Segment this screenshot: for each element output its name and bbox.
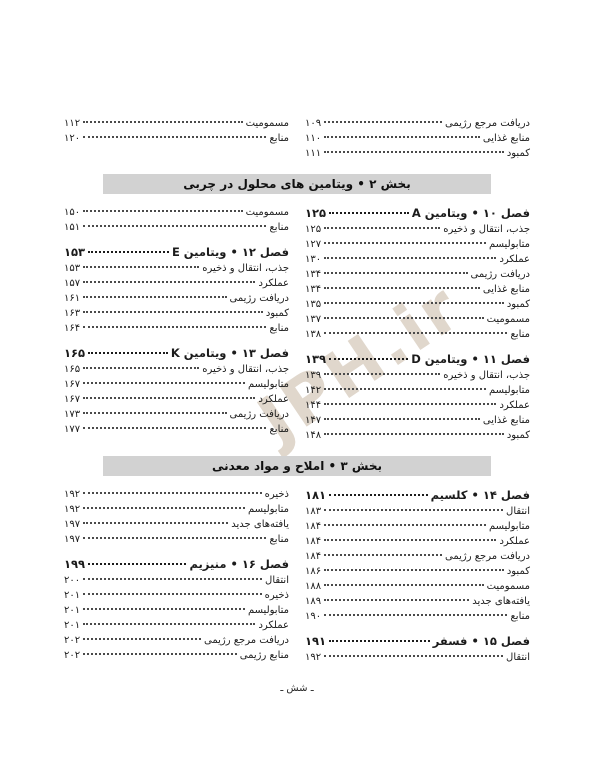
toc-entry: عملکرد۱۴۴ bbox=[305, 398, 530, 413]
toc-entry: مسمومیت۱۱۲ bbox=[64, 116, 289, 131]
entry-page-number: ۱۲۵ bbox=[305, 222, 321, 237]
entry-page-number: ۱۸۹ bbox=[305, 594, 321, 609]
toc-entry: منابع غذایی۱۴۷ bbox=[305, 413, 530, 428]
entry-page-number: ۱۳۹ bbox=[305, 351, 326, 368]
dot-leader bbox=[324, 433, 504, 435]
chapter-entry: فصل ۱۲ • ویتامین E۱۵۳ bbox=[64, 244, 289, 261]
dot-leader bbox=[83, 593, 261, 595]
entry-label: متابولیسم bbox=[248, 377, 289, 392]
dot-leader bbox=[83, 296, 226, 298]
entry-label: مسمومیت bbox=[246, 116, 289, 131]
entry-label: منابع bbox=[269, 532, 289, 547]
toc-entry: کمبود۱۸۶ bbox=[305, 564, 530, 579]
dot-leader bbox=[324, 287, 480, 289]
entry-page-number: ۱۷۳ bbox=[64, 407, 80, 422]
toc-entry: جذب، انتقال و ذخیره۱۶۵ bbox=[64, 362, 289, 377]
dot-leader bbox=[83, 225, 266, 227]
toc-entry: متابولیسم۱۶۷ bbox=[64, 377, 289, 392]
entry-page-number: ۱۲۵ bbox=[305, 205, 326, 222]
toc-entry: دریافت مرجع رژیمی۱۰۹ bbox=[305, 116, 530, 131]
dot-leader bbox=[324, 151, 504, 153]
entry-page-number: ۱۳۷ bbox=[305, 312, 321, 327]
entry-label: فصل ۱۵ • فسفر bbox=[433, 633, 530, 650]
entry-label: دریافت مرجع رژیمی bbox=[204, 633, 289, 648]
chapter-entry: فصل ۱۵ • فسفر۱۹۱ bbox=[305, 633, 530, 650]
entry-page-number: ۱۶۵ bbox=[64, 345, 85, 362]
dot-leader bbox=[324, 242, 486, 244]
entry-label: مسمومیت bbox=[487, 579, 530, 594]
toc-entry: دریافت مرجع رژیمی۱۸۴ bbox=[305, 549, 530, 564]
toc-entry: کمبود۱۶۳ bbox=[64, 306, 289, 321]
entry-label: متابولیسم bbox=[489, 237, 530, 252]
entry-page-number: ۱۶۴ bbox=[64, 321, 80, 336]
dot-leader bbox=[324, 373, 440, 375]
dot-leader bbox=[83, 311, 263, 313]
entry-label: کمبود bbox=[507, 428, 530, 443]
entry-page-number: ۱۴۸ bbox=[305, 428, 321, 443]
toc-entry: متابولیسم۱۸۴ bbox=[305, 519, 530, 534]
entry-page-number: ۱۰۹ bbox=[305, 116, 321, 131]
toc-entry: مسمومیت۱۸۸ bbox=[305, 579, 530, 594]
dot-leader bbox=[83, 281, 255, 283]
entry-label: جذب، انتقال و ذخیره bbox=[202, 362, 289, 377]
toc-entry: ذخیره۱۹۲ bbox=[64, 487, 289, 502]
section-3-right-column: فصل ۱۴ • کلسیم۱۸۱انتقال۱۸۳متابولیسم۱۸۴عم… bbox=[305, 487, 530, 665]
entry-label: یافته‌های جدید bbox=[231, 517, 289, 532]
entry-page-number: ۱۴۴ bbox=[305, 398, 321, 413]
toc-entry: دریافت رژیمی۱۳۴ bbox=[305, 267, 530, 282]
toc-entry: منابع غذایی۱۳۴ bbox=[305, 282, 530, 297]
chapter-entry: فصل ۱۴ • کلسیم۱۸۱ bbox=[305, 487, 530, 504]
chapter-entry: فصل ۱۳ • ویتامین K۱۶۵ bbox=[64, 345, 289, 362]
dot-leader bbox=[83, 427, 266, 429]
dot-leader bbox=[324, 302, 504, 304]
section-2-header-label: بخش ۲ • ویتامین های محلول در چربی bbox=[183, 177, 410, 191]
toc-entry: منابع۱۹۷ bbox=[64, 532, 289, 547]
entry-label: انتقال bbox=[506, 650, 530, 665]
entry-page-number: ۱۳۵ bbox=[305, 297, 321, 312]
entry-page-number: ۱۱۰ bbox=[305, 131, 321, 146]
dot-leader bbox=[88, 563, 186, 565]
entry-page-number: ۱۱۲ bbox=[64, 116, 80, 131]
entry-page-number: ۱۷۷ bbox=[64, 422, 80, 437]
dot-leader bbox=[83, 578, 262, 580]
dot-leader bbox=[83, 412, 226, 414]
dot-leader bbox=[329, 494, 428, 496]
toc-entry: متابولیسم۱۹۲ bbox=[64, 502, 289, 517]
entry-label: فصل ۱۳ • ویتامین K bbox=[171, 345, 289, 362]
dot-leader bbox=[83, 367, 199, 369]
entry-page-number: ۱۹۲ bbox=[305, 650, 321, 665]
top-right-column: دریافت مرجع رژیمی۱۰۹منابع غذایی۱۱۰کمبود۱… bbox=[305, 116, 530, 161]
dot-leader bbox=[324, 614, 507, 616]
entry-page-number: ۱۵۰ bbox=[64, 205, 80, 220]
toc-entry: مسمومیت۱۳۷ bbox=[305, 312, 530, 327]
entry-page-number: ۱۸۸ bbox=[305, 579, 321, 594]
toc-entry: منابع۱۲۰ bbox=[64, 131, 289, 146]
dot-leader bbox=[83, 608, 245, 610]
entry-label: فصل ۱۰ • ویتامین A bbox=[412, 205, 530, 222]
dot-leader bbox=[83, 136, 266, 138]
entry-page-number: ۱۶۱ bbox=[64, 291, 80, 306]
section-2-right-column: فصل ۱۰ • ویتامین A۱۲۵جذب، انتقال و ذخیره… bbox=[305, 205, 530, 443]
toc-entry: منابع۱۶۴ bbox=[64, 321, 289, 336]
entry-label: کمبود bbox=[507, 564, 530, 579]
entry-page-number: ۱۸۴ bbox=[305, 519, 321, 534]
entry-label: فصل ۱۶ • منیزیم bbox=[189, 556, 289, 573]
entry-page-number: ۲۰۱ bbox=[64, 603, 80, 618]
entry-label: منابع رژیمی bbox=[240, 648, 289, 663]
entry-label: مسمومیت bbox=[246, 205, 289, 220]
entry-page-number: ۱۸۱ bbox=[305, 487, 326, 504]
dot-leader bbox=[324, 655, 503, 657]
entry-label: عملکرد bbox=[258, 392, 289, 407]
entry-label: عملکرد bbox=[258, 618, 289, 633]
entry-page-number: ۱۳۸ bbox=[305, 327, 321, 342]
toc-entry: جذب، انتقال و ذخیره۱۵۳ bbox=[64, 261, 289, 276]
dot-leader bbox=[324, 599, 469, 601]
dot-leader bbox=[324, 227, 440, 229]
entry-label: منابع غذایی bbox=[483, 131, 530, 146]
toc-entry: منابع۱۷۷ bbox=[64, 422, 289, 437]
entry-page-number: ۱۵۳ bbox=[64, 244, 85, 261]
toc-entry: دریافت مرجع رژیمی۲۰۲ bbox=[64, 633, 289, 648]
entry-label: فصل ۱۲ • ویتامین E bbox=[172, 244, 289, 261]
entry-label: منابع bbox=[269, 422, 289, 437]
entry-label: منابع غذایی bbox=[483, 413, 530, 428]
section-2-columns: فصل ۱۰ • ویتامین A۱۲۵جذب، انتقال و ذخیره… bbox=[64, 205, 530, 443]
toc-entry: متابولیسم۱۲۷ bbox=[305, 237, 530, 252]
entry-label: جذب، انتقال و ذخیره bbox=[443, 368, 530, 383]
dot-leader bbox=[324, 388, 486, 390]
entry-label: فصل ۱۴ • کلسیم bbox=[431, 487, 530, 504]
entry-page-number: ۱۸۴ bbox=[305, 534, 321, 549]
entry-page-number: ۱۹۱ bbox=[305, 633, 326, 650]
entry-page-number: ۱۲۰ bbox=[64, 131, 80, 146]
dot-leader bbox=[324, 509, 503, 511]
entry-page-number: ۱۳۰ bbox=[305, 252, 321, 267]
entry-label: دریافت رژیمی bbox=[230, 291, 289, 306]
toc-entry: منابع رژیمی۲۰۲ bbox=[64, 648, 289, 663]
entry-page-number: ۱۹۷ bbox=[64, 517, 80, 532]
dot-leader bbox=[324, 317, 483, 319]
dot-leader bbox=[324, 539, 496, 541]
dot-leader bbox=[324, 272, 467, 274]
entry-page-number: ۱۸۴ bbox=[305, 549, 321, 564]
dot-leader bbox=[324, 121, 442, 123]
entry-page-number: ۲۰۱ bbox=[64, 618, 80, 633]
entry-label: منابع bbox=[269, 131, 289, 146]
dot-leader bbox=[83, 121, 242, 123]
dot-leader bbox=[324, 524, 486, 526]
dot-leader bbox=[83, 326, 266, 328]
dot-leader bbox=[83, 507, 245, 509]
entry-page-number: ۱۹۹ bbox=[64, 556, 85, 573]
entry-page-number: ۱۶۷ bbox=[64, 377, 80, 392]
toc-entry: منابع غذایی۱۱۰ bbox=[305, 131, 530, 146]
entry-label: عملکرد bbox=[499, 398, 530, 413]
dot-leader bbox=[324, 332, 507, 334]
entry-label: عملکرد bbox=[258, 276, 289, 291]
entry-label: کمبود bbox=[266, 306, 289, 321]
dot-leader bbox=[324, 257, 496, 259]
chapter-entry: فصل ۱۱ • ویتامین D۱۳۹ bbox=[305, 351, 530, 368]
entry-page-number: ۱۵۱ bbox=[64, 220, 80, 235]
toc-entry: متابولیسم۱۴۲ bbox=[305, 383, 530, 398]
dot-leader bbox=[83, 210, 242, 212]
dot-leader bbox=[324, 569, 504, 571]
chapter-entry: فصل ۱۰ • ویتامین A۱۲۵ bbox=[305, 205, 530, 222]
dot-leader bbox=[329, 640, 430, 642]
toc-entry: عملکرد۱۸۴ bbox=[305, 534, 530, 549]
toc-entry: عملکرد۲۰۱ bbox=[64, 618, 289, 633]
section-2-header-bar: بخش ۲ • ویتامین های محلول در چربی bbox=[103, 174, 491, 194]
dot-leader bbox=[324, 584, 483, 586]
page-number-footer: ـ شش ـ bbox=[64, 683, 530, 694]
toc-entry: انتقال۱۹۲ bbox=[305, 650, 530, 665]
entry-page-number: ۱۳۴ bbox=[305, 282, 321, 297]
toc-entry: کمبود۱۱۱ bbox=[305, 146, 530, 161]
entry-label: متابولیسم bbox=[248, 502, 289, 517]
toc-entry: انتقال۲۰۰ bbox=[64, 573, 289, 588]
entry-label: متابولیسم bbox=[489, 519, 530, 534]
dot-leader bbox=[83, 522, 228, 524]
top-left-column: مسمومیت۱۱۲منابع۱۲۰ bbox=[64, 116, 289, 161]
entry-label: ذخیره bbox=[265, 588, 289, 603]
entry-label: عملکرد bbox=[499, 252, 530, 267]
toc-content: دریافت مرجع رژیمی۱۰۹منابع غذایی۱۱۰کمبود۱… bbox=[64, 116, 530, 694]
entry-page-number: ۲۰۰ bbox=[64, 573, 80, 588]
section-3-columns: فصل ۱۴ • کلسیم۱۸۱انتقال۱۸۳متابولیسم۱۸۴عم… bbox=[64, 487, 530, 665]
dot-leader bbox=[83, 397, 255, 399]
dot-leader bbox=[83, 492, 261, 494]
entry-label: ذخیره bbox=[265, 487, 289, 502]
entry-label: کمبود bbox=[507, 297, 530, 312]
toc-entry: عملکرد۱۶۷ bbox=[64, 392, 289, 407]
entry-label: مسمومیت bbox=[487, 312, 530, 327]
top-continuation-section: دریافت مرجع رژیمی۱۰۹منابع غذایی۱۱۰کمبود۱… bbox=[64, 116, 530, 161]
dot-leader bbox=[83, 537, 266, 539]
toc-entry: کمبود۱۳۵ bbox=[305, 297, 530, 312]
entry-label: دریافت رژیمی bbox=[230, 407, 289, 422]
entry-page-number: ۱۲۷ bbox=[305, 237, 321, 252]
toc-entry: یافته‌های جدید۱۸۹ bbox=[305, 594, 530, 609]
dot-leader bbox=[83, 623, 255, 625]
entry-label: انتقال bbox=[506, 504, 530, 519]
entry-page-number: ۱۶۳ bbox=[64, 306, 80, 321]
entry-label: متابولیسم bbox=[489, 383, 530, 398]
entry-label: دریافت مرجع رژیمی bbox=[445, 116, 530, 131]
section-2-left-column: مسمومیت۱۵۰منابع۱۵۱فصل ۱۲ • ویتامین E۱۵۳ج… bbox=[64, 205, 289, 443]
entry-label: دریافت مرجع رژیمی bbox=[445, 549, 530, 564]
entry-page-number: ۱۱۱ bbox=[305, 146, 321, 161]
entry-page-number: ۲۰۱ bbox=[64, 588, 80, 603]
dot-leader bbox=[83, 382, 245, 384]
dot-leader bbox=[83, 653, 237, 655]
toc-entry: جذب، انتقال و ذخیره۱۲۵ bbox=[305, 222, 530, 237]
chapter-entry: فصل ۱۶ • منیزیم۱۹۹ bbox=[64, 556, 289, 573]
entry-page-number: ۱۶۵ bbox=[64, 362, 80, 377]
dot-leader bbox=[324, 403, 496, 405]
dot-leader bbox=[324, 418, 480, 420]
dot-leader bbox=[324, 136, 480, 138]
toc-entry: منابع۱۳۸ bbox=[305, 327, 530, 342]
toc-entry: عملکرد۱۳۰ bbox=[305, 252, 530, 267]
entry-page-number: ۱۵۷ bbox=[64, 276, 80, 291]
toc-entry: عملکرد۱۵۷ bbox=[64, 276, 289, 291]
entry-page-number: ۲۰۲ bbox=[64, 648, 80, 663]
entry-page-number: ۱۹۰ bbox=[305, 609, 321, 624]
entry-page-number: ۱۳۴ bbox=[305, 267, 321, 282]
dot-leader bbox=[324, 554, 442, 556]
section-3-header-label: بخش ۳ • املاح و مواد معدنی bbox=[212, 459, 382, 473]
toc-entry: کمبود۱۴۸ bbox=[305, 428, 530, 443]
entry-label: کمبود bbox=[507, 146, 530, 161]
dot-leader bbox=[83, 266, 199, 268]
toc-entry: یافته‌های جدید۱۹۷ bbox=[64, 517, 289, 532]
entry-label: جذب، انتقال و ذخیره bbox=[202, 261, 289, 276]
entry-page-number: ۱۹۲ bbox=[64, 487, 80, 502]
entry-page-number: ۱۵۳ bbox=[64, 261, 80, 276]
entry-label: منابع bbox=[510, 609, 530, 624]
entry-label: منابع bbox=[269, 321, 289, 336]
dot-leader bbox=[88, 251, 169, 253]
entry-label: منابع غذایی bbox=[483, 282, 530, 297]
toc-entry: جذب، انتقال و ذخیره۱۳۹ bbox=[305, 368, 530, 383]
entry-page-number: ۱۴۷ bbox=[305, 413, 321, 428]
toc-entry: دریافت رژیمی۱۶۱ bbox=[64, 291, 289, 306]
entry-page-number: ۱۹۲ bbox=[64, 502, 80, 517]
toc-entry: دریافت رژیمی۱۷۳ bbox=[64, 407, 289, 422]
entry-page-number: ۲۰۲ bbox=[64, 633, 80, 648]
entry-label: فصل ۱۱ • ویتامین D bbox=[411, 351, 530, 368]
entry-label: عملکرد bbox=[499, 534, 530, 549]
toc-entry: متابولیسم۲۰۱ bbox=[64, 603, 289, 618]
entry-label: متابولیسم bbox=[248, 603, 289, 618]
section-3-left-column: ذخیره۱۹۲متابولیسم۱۹۲یافته‌های جدید۱۹۷منا… bbox=[64, 487, 289, 665]
entry-label: منابع bbox=[269, 220, 289, 235]
entry-page-number: ۱۳۹ bbox=[305, 368, 321, 383]
toc-entry: مسمومیت۱۵۰ bbox=[64, 205, 289, 220]
toc-entry: منابع۱۵۱ bbox=[64, 220, 289, 235]
entry-label: جذب، انتقال و ذخیره bbox=[443, 222, 530, 237]
entry-page-number: ۱۸۶ bbox=[305, 564, 321, 579]
toc-entry: منابع۱۹۰ bbox=[305, 609, 530, 624]
entry-page-number: ۱۴۲ bbox=[305, 383, 321, 398]
toc-book-page: JPH.ir دریافت مرجع رژیمی۱۰۹منابع غذایی۱۱… bbox=[0, 0, 594, 768]
section-3-header-bar: بخش ۳ • املاح و مواد معدنی bbox=[103, 456, 491, 476]
entry-label: انتقال bbox=[265, 573, 289, 588]
toc-entry: انتقال۱۸۳ bbox=[305, 504, 530, 519]
dot-leader bbox=[83, 638, 201, 640]
entry-label: منابع bbox=[510, 327, 530, 342]
entry-page-number: ۱۸۳ bbox=[305, 504, 321, 519]
toc-entry: ذخیره۲۰۱ bbox=[64, 588, 289, 603]
entry-label: یافته‌های جدید bbox=[472, 594, 530, 609]
dot-leader bbox=[88, 352, 168, 354]
dot-leader bbox=[329, 212, 409, 214]
entry-label: دریافت رژیمی bbox=[471, 267, 530, 282]
entry-page-number: ۱۹۷ bbox=[64, 532, 80, 547]
entry-page-number: ۱۶۷ bbox=[64, 392, 80, 407]
dot-leader bbox=[329, 358, 408, 360]
